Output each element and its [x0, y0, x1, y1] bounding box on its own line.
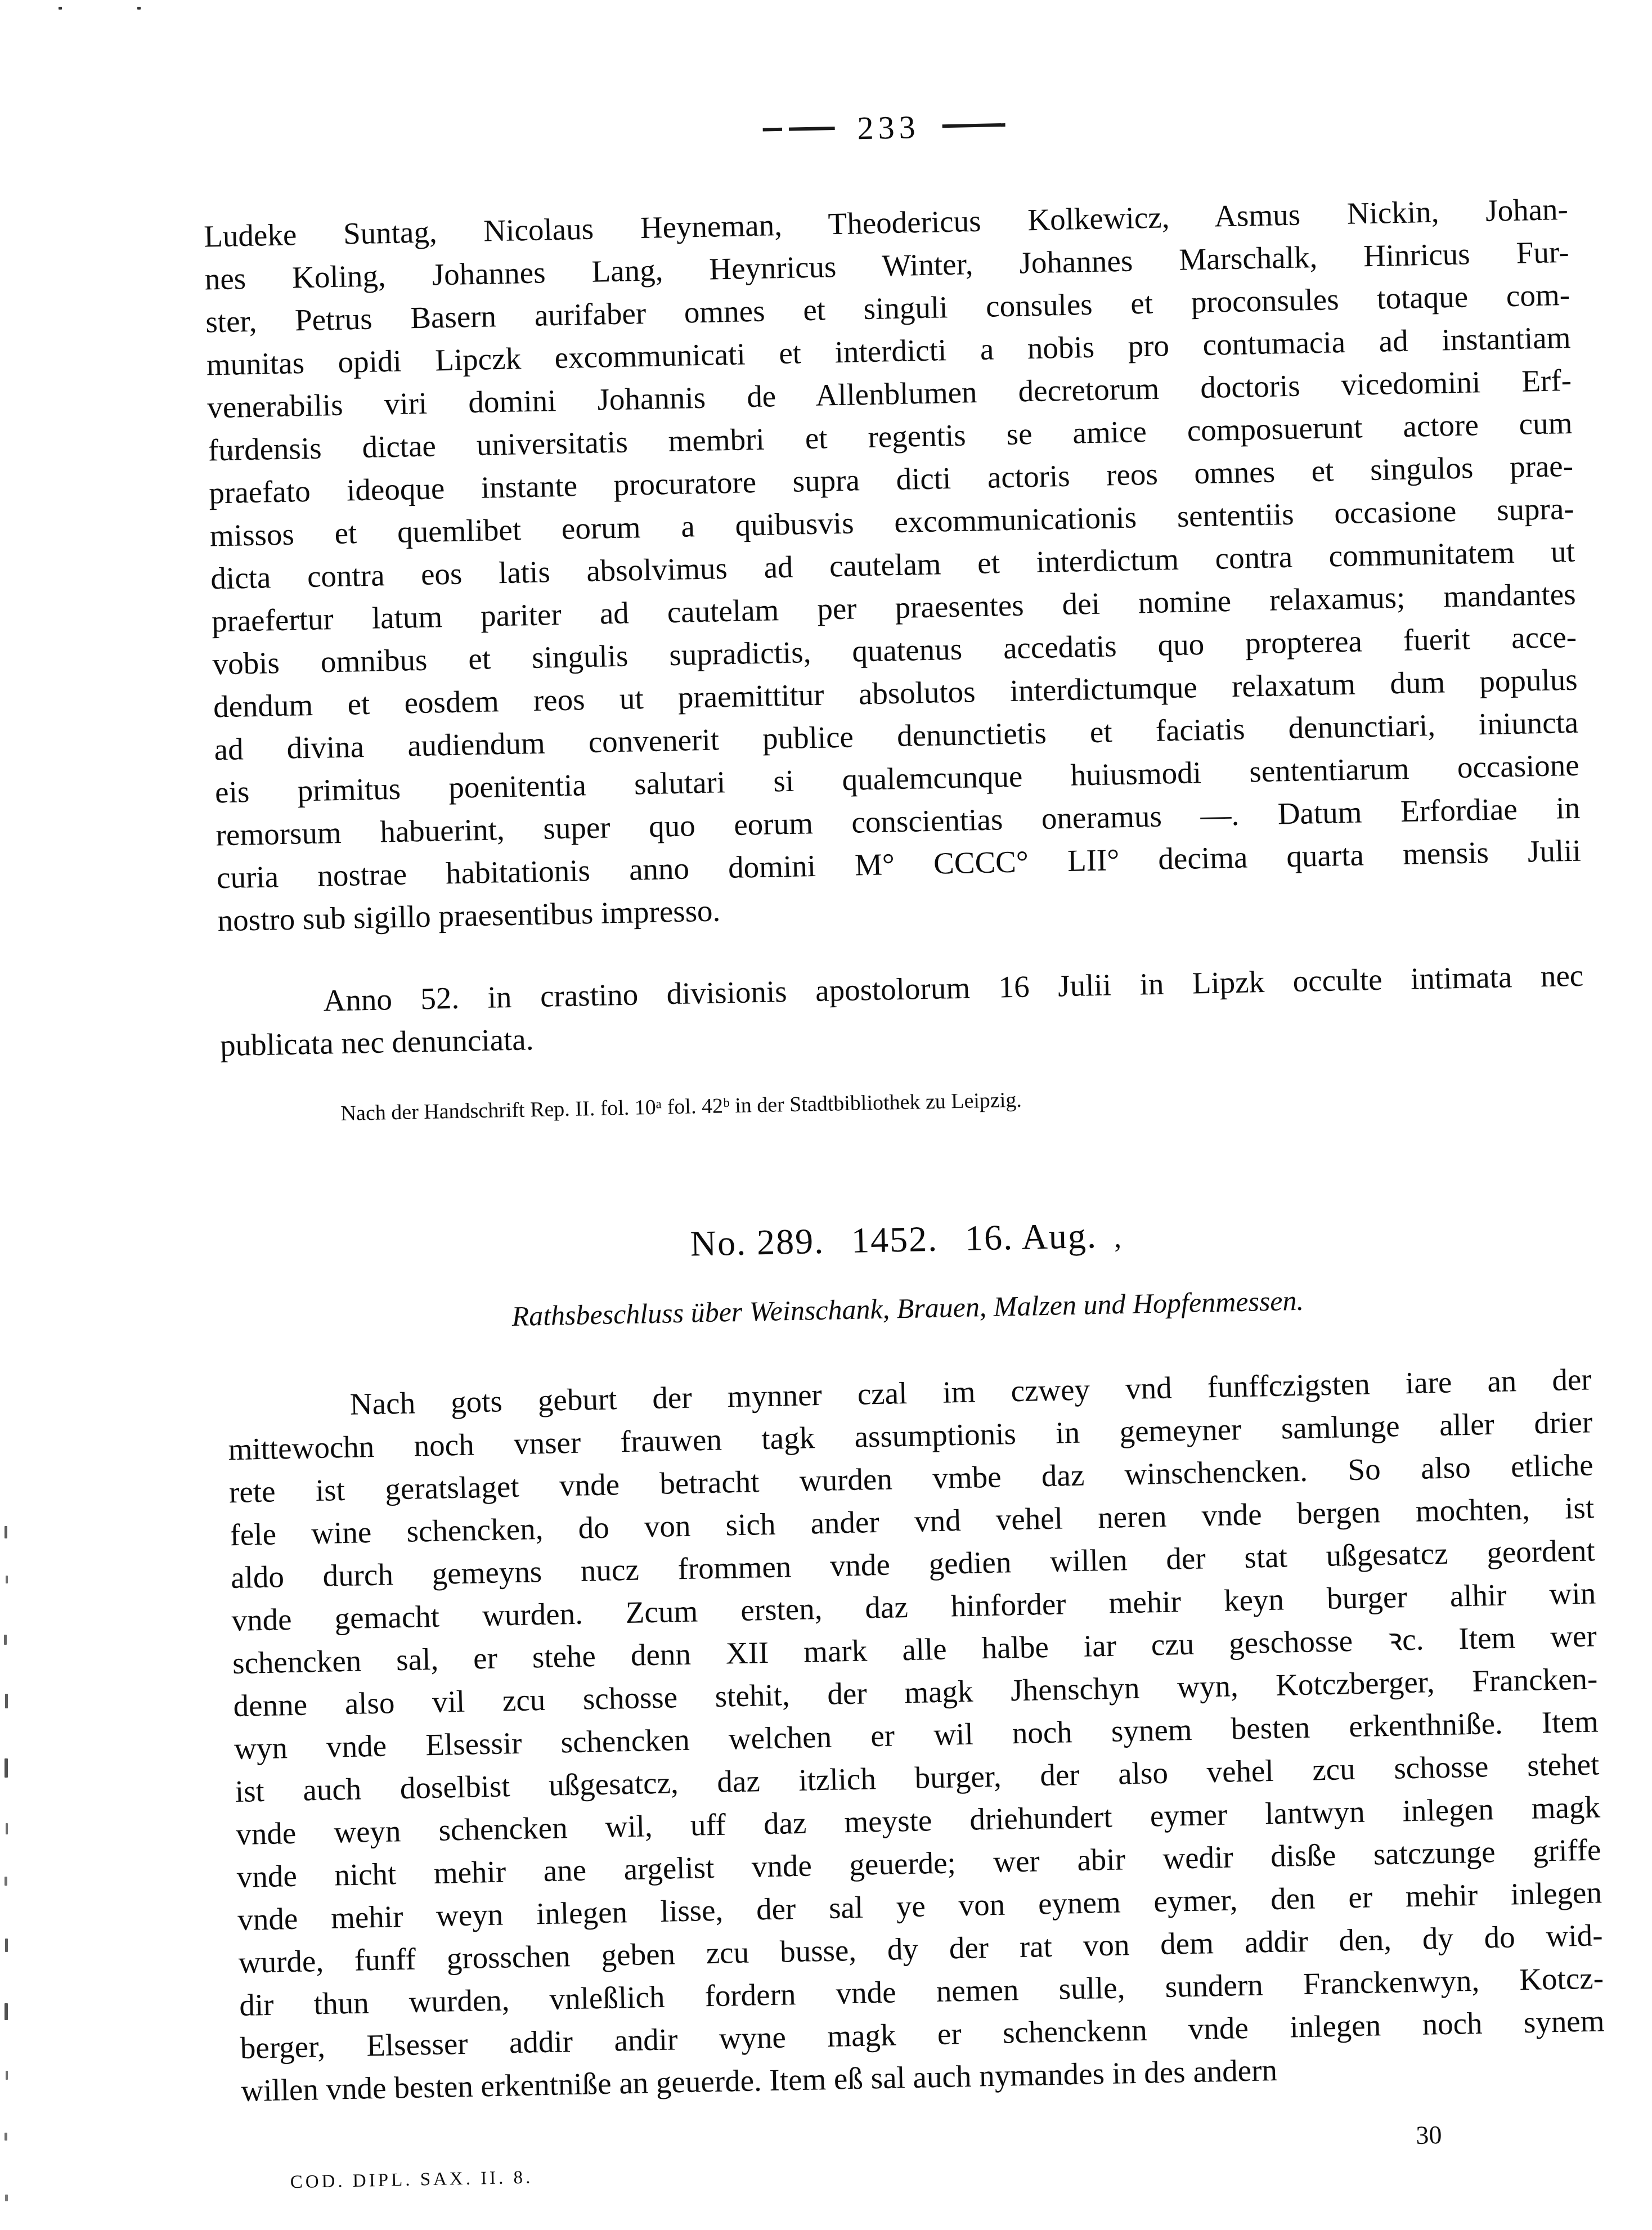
scanned-page: 233 Ludeke Suntag, Nicolaus Heyneman, Th…	[0, 0, 1652, 2230]
series-signature-label: COD. DIPL. SAX. II. 8.	[290, 2168, 533, 2193]
header-rule-right-icon	[942, 123, 1005, 128]
scan-speck	[5, 1526, 7, 1538]
scan-speck	[5, 1877, 7, 1886]
entry-body-text: Nach gots geburt der mynner czal im czwe…	[227, 1358, 1605, 2112]
page-footer: COD. DIPL. SAX. II. 8. 30	[242, 2116, 1608, 2228]
page-number: 233	[857, 108, 920, 147]
scan-speck	[6, 1576, 8, 1583]
scan-speck	[5, 2133, 7, 2141]
source-note: Nach der Handschrift Rep. II. fol. 10ᵃ f…	[221, 1075, 1586, 1130]
scan-speck	[59, 7, 62, 10]
scan-speck	[5, 1694, 8, 1708]
scan-speck	[5, 2195, 8, 2201]
entry-date: 16. Aug.	[964, 1215, 1097, 1258]
scan-speck	[4, 1635, 7, 1645]
page-content: 233 Ludeke Suntag, Nicolaus Heyneman, Th…	[201, 93, 1608, 2228]
scan-speck	[6, 1823, 8, 1834]
stray-comma-mark: ,	[1114, 1222, 1123, 1254]
sheet-number: 30	[1416, 2120, 1442, 2150]
scan-speck	[6, 2071, 8, 2080]
header-rule-left-icon	[763, 127, 835, 132]
entry-subtitle: Rathsbeschluss über Weinschank, Brauen, …	[225, 1278, 1590, 1339]
entry-number: No. 289.	[690, 1221, 825, 1264]
scan-speck	[5, 1939, 8, 1952]
scan-speck	[5, 1758, 8, 1778]
entry-heading: No. 289.1452.16. Aug.,	[224, 1205, 1589, 1275]
page-header: 233	[201, 93, 1566, 161]
anno-intimation-note: Anno 52. in crastino divisionis apostolo…	[219, 954, 1585, 1067]
entry-year: 1452.	[851, 1219, 938, 1260]
latin-entry-text: Ludeke Suntag, Nicolaus Heyneman, Theode…	[204, 188, 1582, 942]
scan-speck	[5, 2003, 8, 2020]
scan-speck	[137, 7, 141, 10]
scan-speck	[228, 451, 232, 456]
